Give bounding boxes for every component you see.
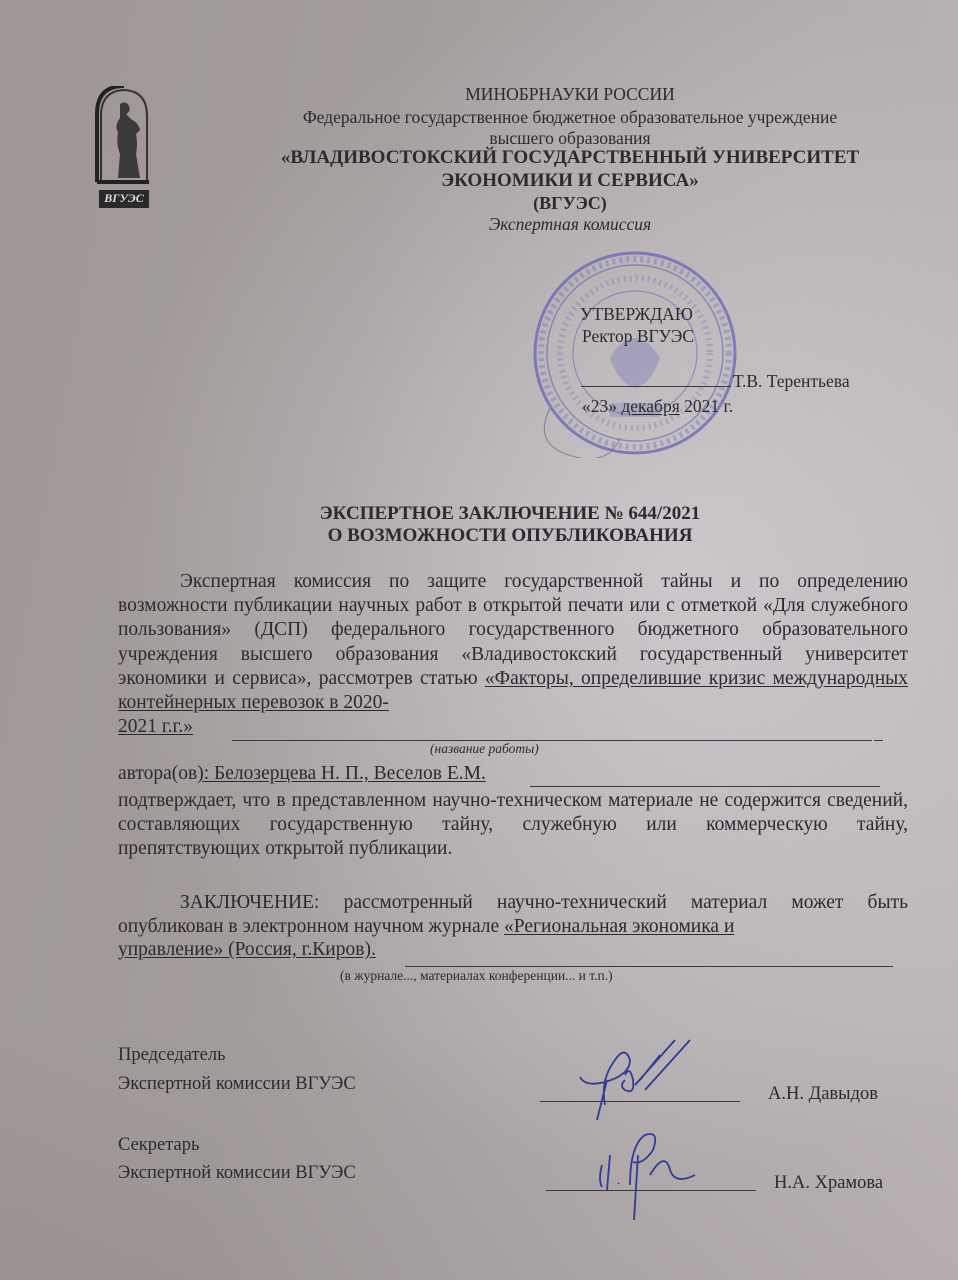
logo-abbreviation: ВГУЭС — [99, 191, 149, 206]
rector-name: Т.В. Терентьева — [733, 371, 850, 392]
ministry-name: МИНОБРНАУКИ РОССИИ — [250, 83, 890, 105]
chairman-name: А.Н. Давыдов — [768, 1084, 878, 1105]
university-logo: ВГУЭС — [93, 86, 155, 211]
confirmation-paragraph: подтверждает, что в представленном научн… — [118, 789, 908, 862]
chairman-role: Председатель — [118, 1045, 226, 1066]
institution-type-line2: высшего образования — [250, 127, 890, 149]
authors-value: ): Белозерцева Н. П., Веселов Е.М. — [197, 763, 486, 784]
institution-type-line1: Федеральное государственное бюджетное об… — [250, 106, 890, 128]
secretary-signature — [590, 1125, 700, 1225]
authors-fill-line — [530, 786, 880, 787]
journal-name-part2: управление» (Россия, г.Киров). — [118, 939, 376, 960]
university-name-line2: ЭКОНОМИКИ И СЕРВИСА» — [250, 170, 890, 192]
authors-line: автора(ов): Белозерцева Н. П., Веселов Е… — [118, 763, 486, 785]
work-title-fill-tail — [874, 740, 883, 741]
document-title-line1: ЭКСПЕРТНОЕ ЗАКЛЮЧЕНИЕ № 644/2021 — [110, 503, 910, 525]
journal-name: «Региональная экономика и — [504, 916, 734, 937]
work-title-part2: 2021 г.г.» — [118, 716, 193, 737]
department-name: Экспертная комиссия — [250, 213, 890, 235]
approval-heading: УТВЕРЖДАЮ — [580, 304, 693, 325]
document-title-line2: О ВОЗМОЖНОСТИ ОПУБЛИКОВАНИЯ — [110, 525, 910, 547]
secretary-role: Секретарь — [118, 1135, 199, 1156]
approval-date-year: 2021 г. — [684, 396, 733, 416]
secretary-committee: Экспертной комиссии ВГУЭС — [118, 1163, 356, 1184]
intro-paragraph: Экспертная комиссия по защите государств… — [118, 570, 908, 715]
work-title-continued: 2021 г.г.» — [118, 716, 193, 738]
university-abbreviation: (ВГУЭС) — [250, 192, 890, 214]
secretary-name: Н.А. Храмова — [774, 1173, 883, 1194]
authors-label: автора(ов — [118, 763, 197, 784]
conclusion-paragraph: ЗАКЛЮЧЕНИЕ: рассмотренный научно-техниче… — [118, 891, 908, 939]
journal-fill-line — [405, 966, 893, 967]
approval-date: «23» декабря 2021 г. — [582, 396, 733, 417]
chairman-signature — [565, 1035, 705, 1125]
work-title-fill-line — [232, 740, 872, 741]
official-seal-stamp — [530, 248, 740, 458]
journal-caption: (в журнале..., материалах конференции...… — [340, 968, 613, 984]
approval-date-month: декабря — [621, 396, 679, 416]
approval-date-day: «23» — [582, 396, 617, 416]
university-name-line1: «ВЛАДИВОСТОКСКИЙ ГОСУДАРСТВЕННЫЙ УНИВЕРС… — [250, 147, 890, 169]
work-title-caption: (название работы) — [430, 741, 539, 757]
chairman-committee: Экспертной комиссии ВГУЭС — [118, 1074, 356, 1095]
document-page: ВГУЭС МИНОБРНАУКИ РОССИИ Федеральное гос… — [0, 0, 958, 1280]
rector-signature-line — [581, 386, 731, 387]
journal-line-continued: управление» (Россия, г.Киров). — [118, 939, 376, 961]
approval-position: Ректор ВГУЭС — [582, 326, 694, 347]
